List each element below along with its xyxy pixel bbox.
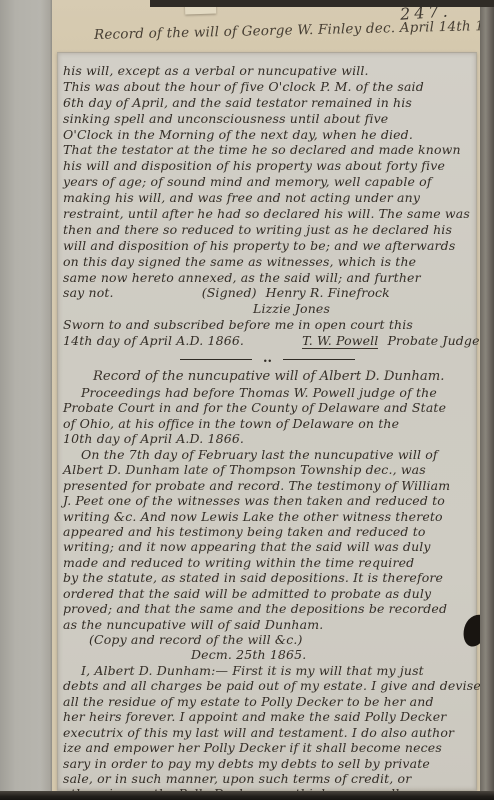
manuscript-line: Probate Court in and for the County of D… bbox=[63, 400, 472, 415]
will-date: Decm. 25th 1865. bbox=[191, 647, 472, 662]
page-edge-right bbox=[480, 0, 494, 800]
manuscript-line: Albert D. Dunham late of Thompson Townsh… bbox=[63, 462, 472, 477]
photo-edge-top bbox=[150, 0, 494, 7]
attestation-date-row: 14th day of April A.D. 1866. T. W. Powel… bbox=[63, 333, 472, 349]
manuscript-line: years of age; of sound mind and memory, … bbox=[63, 174, 472, 190]
inset-record-sheet: his will, except as a verbal or nuncupat… bbox=[57, 52, 477, 791]
divider-mark: .. bbox=[263, 355, 272, 363]
manuscript-line: writing; and it now appearing that the s… bbox=[63, 539, 472, 554]
manuscript-line: by the statute, as stated in said deposi… bbox=[63, 570, 472, 585]
closing-and-signature-row: say not. (Signed) Henry R. Finefrock bbox=[63, 285, 472, 301]
manuscript-line: sary in order to pay my debts my debts t… bbox=[63, 756, 472, 771]
signed-label: (Signed) bbox=[202, 285, 257, 301]
witness-signature: Lizzie Jones bbox=[253, 301, 330, 316]
manuscript-line: sale, or in such manner, upon such terms… bbox=[63, 771, 472, 786]
manuscript-line: On the 7th day of February last the nunc… bbox=[63, 447, 472, 462]
manuscript-line: her heirs forever. I appoint and make th… bbox=[63, 709, 472, 724]
manuscript-line: then and there so reduced to writing jus… bbox=[63, 222, 472, 238]
manuscript-line: will and disposition of his property to … bbox=[63, 238, 472, 254]
divider-rule bbox=[180, 359, 252, 360]
closing-phrase: say not. bbox=[63, 285, 114, 301]
manuscript-line: restraint, until after he had so declare… bbox=[63, 206, 472, 222]
manuscript-line: his will, except as a verbal or nuncupat… bbox=[63, 63, 472, 79]
record1-heading: Record of the will of George W. Finley d… bbox=[94, 18, 476, 43]
scanned-manuscript-page: 247. Record of the will of George W. Fin… bbox=[0, 0, 494, 800]
judge-signature: T. W. Powell bbox=[302, 333, 378, 349]
manuscript-line: This was about the hour of five O'clock … bbox=[63, 79, 472, 95]
copy-note: (Copy and record of the will &c.) bbox=[89, 632, 472, 647]
divider-rule bbox=[283, 359, 355, 360]
manuscript-line: executrix of this my last will and testa… bbox=[63, 725, 472, 740]
attestation-line: Sworn to and subscribed before me in ope… bbox=[63, 317, 472, 333]
record2-body: Record of the nuncupative will of Albert… bbox=[63, 368, 472, 800]
manuscript-line: appeared and his testimony being taken a… bbox=[63, 524, 472, 539]
manuscript-line: sinking spell and unconsciousness until … bbox=[63, 111, 472, 127]
book-gutter bbox=[0, 0, 52, 800]
manuscript-line: proved; and that the same and the deposi… bbox=[63, 601, 472, 616]
manuscript-line: 6th day of April, and the said testator … bbox=[63, 95, 472, 111]
manuscript-line: Proceedings had before Thomas W. Powell … bbox=[63, 385, 472, 400]
manuscript-line: ize and empower her Polly Decker if it s… bbox=[63, 740, 472, 755]
manuscript-line: writing &c. And now Lewis Lake the other… bbox=[63, 509, 472, 524]
manuscript-line: his will and disposition of his property… bbox=[63, 158, 472, 174]
section-divider: .. bbox=[63, 352, 472, 366]
manuscript-line: J. Peet one of the witnesses was then ta… bbox=[63, 493, 472, 508]
ledger-page: 247. Record of the will of George W. Fin… bbox=[52, 0, 480, 800]
manuscript-line: as the nuncupative will of said Dunham. bbox=[63, 617, 472, 632]
witness-signature: Henry R. Finefrock bbox=[266, 285, 390, 301]
manuscript-line: made and reduced to writing within the t… bbox=[63, 555, 472, 570]
manuscript-line: That the testator at the time he so decl… bbox=[63, 142, 472, 158]
manuscript-line: all the residue of my estate to Polly De… bbox=[63, 694, 472, 709]
attestation-date: 14th day of April A.D. 1866. bbox=[63, 333, 244, 349]
record2-heading: Record of the nuncupative will of Albert… bbox=[93, 368, 472, 385]
manuscript-line: on this day signed the same as witnesses… bbox=[63, 254, 472, 270]
manuscript-line: debts and all charges be paid out of my … bbox=[63, 678, 472, 693]
photo-edge-bottom bbox=[0, 791, 494, 800]
judge-title: Probate Judge bbox=[387, 333, 479, 349]
manuscript-line: O'Clock in the Morning of the next day, … bbox=[63, 127, 472, 143]
manuscript-line: same now hereto annexed, as the said wil… bbox=[63, 270, 472, 286]
manuscript-line: of Ohio, at his office in the town of De… bbox=[63, 416, 472, 431]
manuscript-line: 10th day of April A.D. 1866. bbox=[63, 431, 472, 446]
manuscript-line: presented for probate and record. The te… bbox=[63, 478, 472, 493]
manuscript-line: I, Albert D. Dunham:— First it is my wil… bbox=[63, 663, 472, 678]
manuscript-line: making his will, and was free and not ac… bbox=[63, 190, 472, 206]
witness-signature-row: Lizzie Jones bbox=[63, 301, 472, 317]
manuscript-line: ordered that the said will be admitted t… bbox=[63, 586, 472, 601]
record1-body: his will, except as a verbal or nuncupat… bbox=[63, 63, 472, 349]
